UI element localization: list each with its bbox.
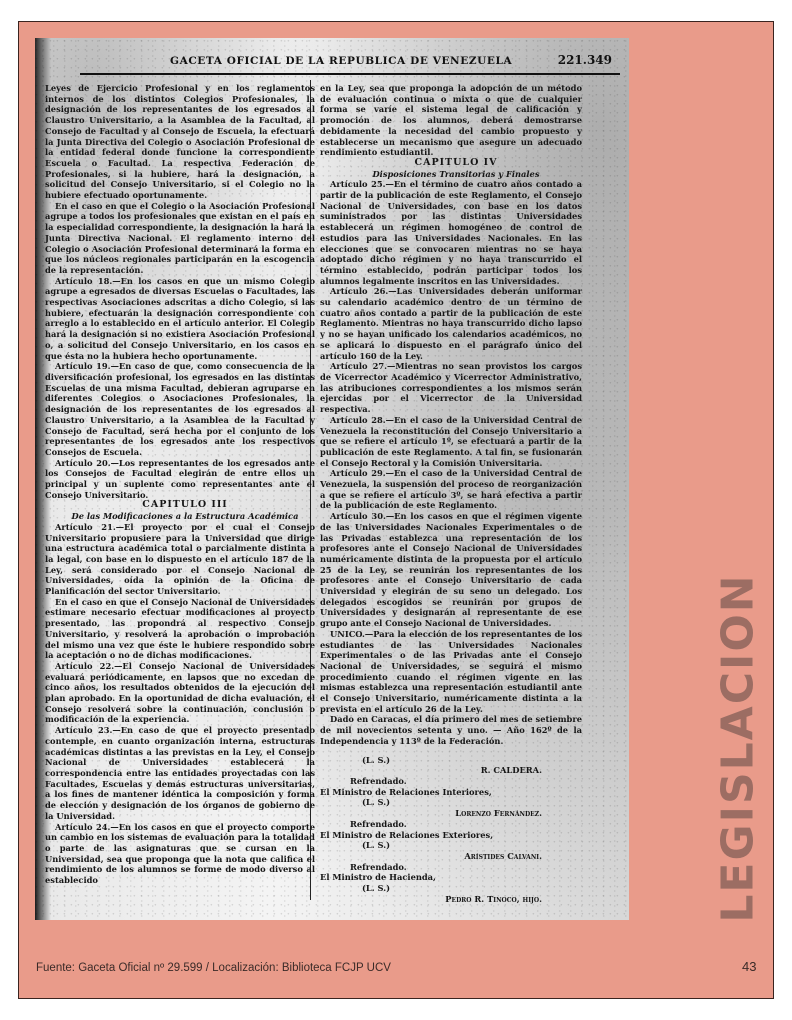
article-paragraph: Artículo 27.—Mientras no sean provistos … bbox=[320, 361, 582, 415]
article-paragraph: Leyes de Ejercicio Profesional y en los … bbox=[45, 83, 315, 201]
minister-seal: (L. S.) bbox=[320, 883, 582, 894]
minister-seal: (L. S.) bbox=[320, 797, 582, 808]
article-paragraph: Artículo 25.—En el término de cuatro año… bbox=[320, 179, 582, 286]
masthead-title: GACETA OFICIAL DE LA REPUBLICA DE VENEZU… bbox=[170, 55, 512, 67]
president-seal: (L. S.) bbox=[320, 755, 582, 766]
article-paragraph: Artículo 20.—Los representantes de los e… bbox=[45, 458, 315, 501]
minister-signature: Pedro R. Tinoco, hijo. bbox=[320, 894, 582, 905]
article-paragraph: Artículo 29.—En el caso de la Universida… bbox=[320, 468, 582, 511]
footer-page-number: 43 bbox=[742, 959, 756, 974]
article-paragraph: Artículo 30.—En los casos en que el régi… bbox=[320, 511, 582, 629]
chapter-heading: CAPITULO III bbox=[45, 500, 315, 511]
article-paragraph: Artículo 22.—El Consejo Nacional de Univ… bbox=[45, 661, 315, 725]
president-signature: R. CALDERA. bbox=[320, 765, 582, 776]
refrendado-label: Refrendado. bbox=[320, 819, 582, 830]
article-paragraph: Dado en Caracas, el día primero del mes … bbox=[320, 714, 582, 746]
article-paragraph: Artículo 24.—En los casos en que el proy… bbox=[45, 822, 315, 886]
gazette-masthead: GACETA OFICIAL DE LA REPUBLICA DE VENEZU… bbox=[80, 53, 620, 75]
article-paragraph: Artículo 18.—En los casos en que un mism… bbox=[45, 276, 315, 362]
gazette-scan: GACETA OFICIAL DE LA REPUBLICA DE VENEZU… bbox=[35, 38, 629, 920]
refrendado-label: Refrendado. bbox=[320, 776, 582, 787]
right-column-body: en la Ley, sea que proponga la adopción … bbox=[320, 83, 582, 747]
article-paragraph: Artículo 26.—Las Universidades deberán u… bbox=[320, 286, 582, 361]
article-paragraph: Artículo 28.—En el caso de la Universida… bbox=[320, 415, 582, 469]
footer-source: Fuente: Gaceta Oficial nº 29.599 / Local… bbox=[36, 962, 391, 974]
article-paragraph: Artículo 19.—En caso de que, como consec… bbox=[45, 361, 315, 457]
article-paragraph: Artículo 21.—El proyecto por el cual el … bbox=[45, 522, 315, 597]
article-paragraph: en la Ley, sea que proponga la adopción … bbox=[320, 83, 582, 158]
minister-title: El Ministro de Relaciones Interiores, bbox=[320, 787, 582, 798]
left-column: Leyes de Ejercicio Profesional y en los … bbox=[45, 83, 315, 886]
article-paragraph: En el caso en que el Consejo Nacional de… bbox=[45, 597, 315, 661]
gazette-page-number: 221.349 bbox=[558, 53, 612, 67]
article-paragraph: En el caso en que el Colegio o la Asocia… bbox=[45, 201, 315, 276]
article-paragraph: UNICO.—Para la elección de los represent… bbox=[320, 629, 582, 715]
minister-seal: (L. S.) bbox=[320, 840, 582, 851]
chapter-subtitle: Disposiciones Transitorias y Finales bbox=[320, 169, 582, 180]
article-paragraph: Artículo 23.—En caso de que el proyecto … bbox=[45, 725, 315, 821]
signature-block: (L. S.) R. CALDERA. Refrendado.El Minist… bbox=[320, 755, 582, 905]
section-label: LEGISLACION bbox=[713, 573, 764, 922]
minister-signature: Lorenzo Fernández. bbox=[320, 808, 582, 819]
minister-title: El Ministro de Hacienda, bbox=[320, 872, 582, 883]
minister-title: El Ministro de Relaciones Exteriores, bbox=[320, 830, 582, 841]
chapter-subtitle: De las Modificaciones a la Estructura Ac… bbox=[45, 511, 315, 522]
minister-signature: Arístides Calvani. bbox=[320, 851, 582, 862]
right-column: en la Ley, sea que proponga la adopción … bbox=[320, 83, 582, 904]
refrendado-label: Refrendado. bbox=[320, 862, 582, 873]
minister-signatures: Refrendado.El Ministro de Relaciones Int… bbox=[320, 776, 582, 904]
chapter-heading: CAPITULO IV bbox=[320, 158, 582, 169]
